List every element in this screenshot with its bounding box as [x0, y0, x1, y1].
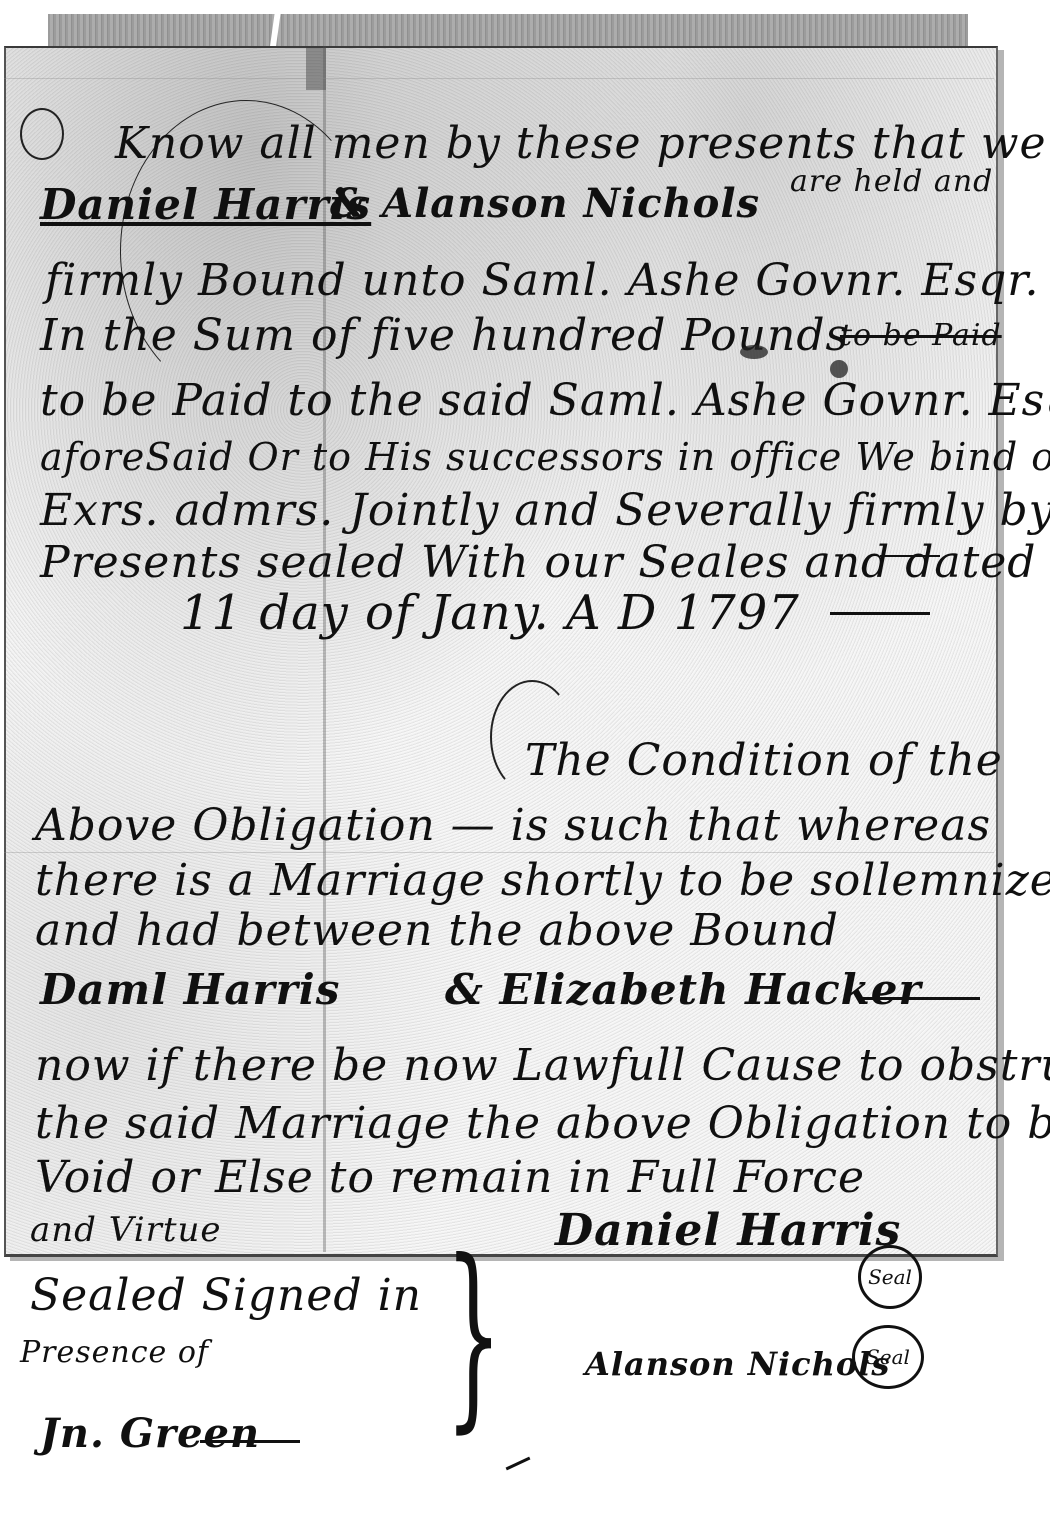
seal-label: Seal: [868, 1265, 912, 1289]
text-line: Void or Else to remain in Full Force: [35, 1152, 865, 1203]
signature-daniel-harris: Daniel Harris: [555, 1205, 901, 1256]
ruled-line: [4, 852, 994, 853]
text-line: now if there be now Lawfull Cause to obs…: [35, 1040, 1050, 1091]
text-line: Above Obligation — is such that whereas: [35, 800, 991, 851]
opening-flourish: [20, 108, 64, 160]
text-line: and Virtue: [30, 1210, 222, 1250]
text-line: the said Marriage the above Obligation t…: [35, 1098, 1050, 1149]
struck-text: to be Paid: [840, 318, 1002, 353]
seal-alanson: Seal: [852, 1325, 924, 1389]
groom-name: Daml Harris: [40, 965, 340, 1014]
text-fragment: are held and: [790, 164, 993, 199]
line-filler: [880, 555, 940, 557]
ruled-line: [4, 78, 994, 79]
date-line: 11 day of Jany. A D 1797: [180, 585, 800, 641]
date-underline: [830, 612, 930, 615]
text-line: to be Paid to the said Saml. Ashe Govnr.…: [40, 375, 1050, 426]
attestation-presence: Presence of: [20, 1335, 209, 1370]
bound-name-alanson: & Alanson Nichols: [330, 180, 760, 227]
witness-underline: [200, 1440, 300, 1443]
name-underline: [860, 997, 980, 1000]
bride-name: & Elizabeth Hacker: [445, 965, 922, 1014]
signature-alanson-nichols: Alanson Nichols: [585, 1345, 890, 1383]
condition-heading: The Condition of the: [525, 735, 1003, 786]
attestation-brace: }: [445, 1235, 502, 1435]
text-line: Exrs. admrs. Jointly and Severally firml…: [40, 485, 1050, 536]
text-line: and had between the above Bound: [35, 905, 839, 956]
text-line: firmly Bound unto Saml. Ashe Govnr. Esqr…: [45, 255, 1039, 306]
text-line: Know all men by these presents that we: [115, 118, 1047, 169]
text-line: Presents sealed With our Seales and date…: [40, 537, 1050, 588]
seal-label: Seal: [866, 1345, 910, 1369]
ink-mark: [506, 1457, 531, 1471]
attestation-sealed-signed: Sealed Signed in: [30, 1270, 422, 1321]
ink-blot: [740, 345, 768, 359]
text-line: there is a Marriage shortly to be sollem…: [35, 855, 1050, 906]
bound-name-daniel: Daniel Harris: [40, 180, 371, 229]
text-line: In the Sum of five hundred Pounds: [40, 310, 849, 361]
seal-daniel: Seal: [858, 1245, 922, 1309]
witness-signature: Jn. Green: [40, 1410, 260, 1457]
text-line: aforeSaid Or to His successors in office…: [40, 435, 1050, 479]
heading-flourish: [490, 680, 574, 794]
